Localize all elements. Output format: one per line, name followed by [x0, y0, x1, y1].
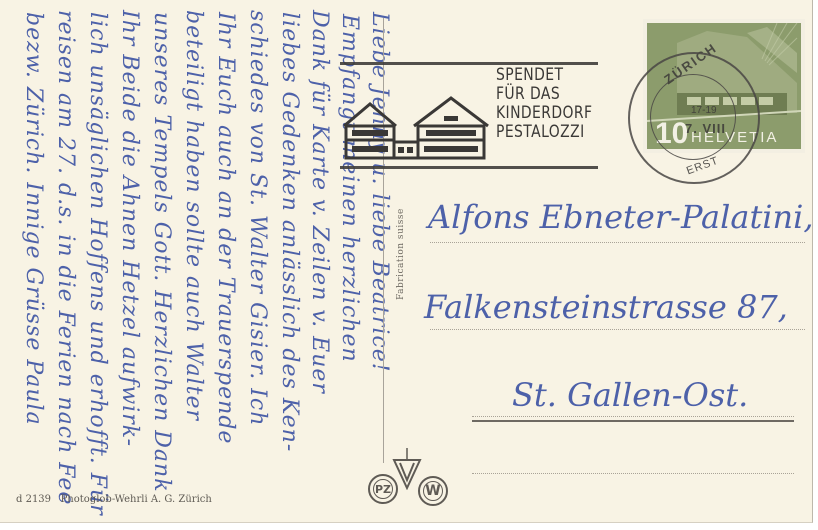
- message-line: reisen am 27. d.s. in die Ferien nach Fe…: [53, 10, 78, 505]
- address-rule: [430, 329, 805, 330]
- fabrication-label: Fabrication suisse: [396, 208, 406, 300]
- postmark-date: 7. VIII: [685, 121, 726, 136]
- imprint-code: d 2139: [16, 494, 51, 505]
- message-line: unseres Tempels Gott. Herzlichen Dank: [149, 12, 174, 493]
- address-city: St. Gallen-Ost.: [512, 376, 748, 414]
- message-line: beteiligt haben sollte auch Walter: [181, 10, 206, 421]
- message-line: Liebe Jenny u. liebe Beatrice!: [367, 12, 392, 373]
- address-underline: [472, 420, 794, 422]
- message-line: bezw. Zürich. Innige Grüsse Paula: [21, 12, 46, 426]
- postmark-time: 17-19: [691, 105, 717, 116]
- postmark: 17-19 7. VIII ZÜRICH ERST: [628, 52, 760, 184]
- slogan-line: FÜR DAS: [496, 85, 592, 104]
- slogan-line: SPENDET: [496, 66, 592, 85]
- publisher-imprint: d 2139 Photoglob-Wehrli A. G. Zürich: [16, 494, 212, 505]
- message-line: schiedes von St. Walter Gisier. Ich: [245, 10, 270, 426]
- address-rule: [430, 242, 805, 243]
- address-rule: [472, 416, 794, 417]
- slogan-line: KINDERDORF: [496, 104, 592, 123]
- message-line: Ihr Euch auch an der Trauerspende: [213, 12, 238, 444]
- message-line: Ihr Beide die Ahnen Hetzel aufwirk-: [117, 10, 142, 447]
- message-line: lich unsäglichen Hoffens und erhofft. Fü…: [85, 12, 110, 516]
- address-name: Alfons Ebneter-Palatini,: [428, 198, 813, 236]
- postcard: Liebe Jenny u. liebe Beatrice! Empfangt …: [0, 0, 813, 523]
- address-rule: [472, 473, 794, 474]
- houses-icon: [340, 96, 490, 162]
- slogan-line: PESTALOZZI: [496, 123, 592, 142]
- slogan-text: SPENDET FÜR DAS KINDERDORF PESTALOZZI: [496, 66, 592, 142]
- w-logo-icon: W: [418, 476, 448, 506]
- cancel-bottom-rule: [340, 166, 598, 169]
- imprint-publisher: Photoglob-Wehrli A. G. Zürich: [61, 494, 212, 505]
- message-line: liebes Gedenken anlässlich des Ken-: [277, 12, 302, 452]
- postmark-inner-ring: 17-19 7. VIII: [650, 74, 736, 160]
- pz-logo-icon: PZ: [368, 474, 398, 504]
- message-line: Empfangt meinen herzlichen: [337, 14, 362, 363]
- divider-line: [383, 18, 384, 463]
- address-street: Falkensteinstrasse 87,: [424, 288, 788, 326]
- message-line: Dank für Karte v. Zeilen v. Euer: [307, 10, 332, 394]
